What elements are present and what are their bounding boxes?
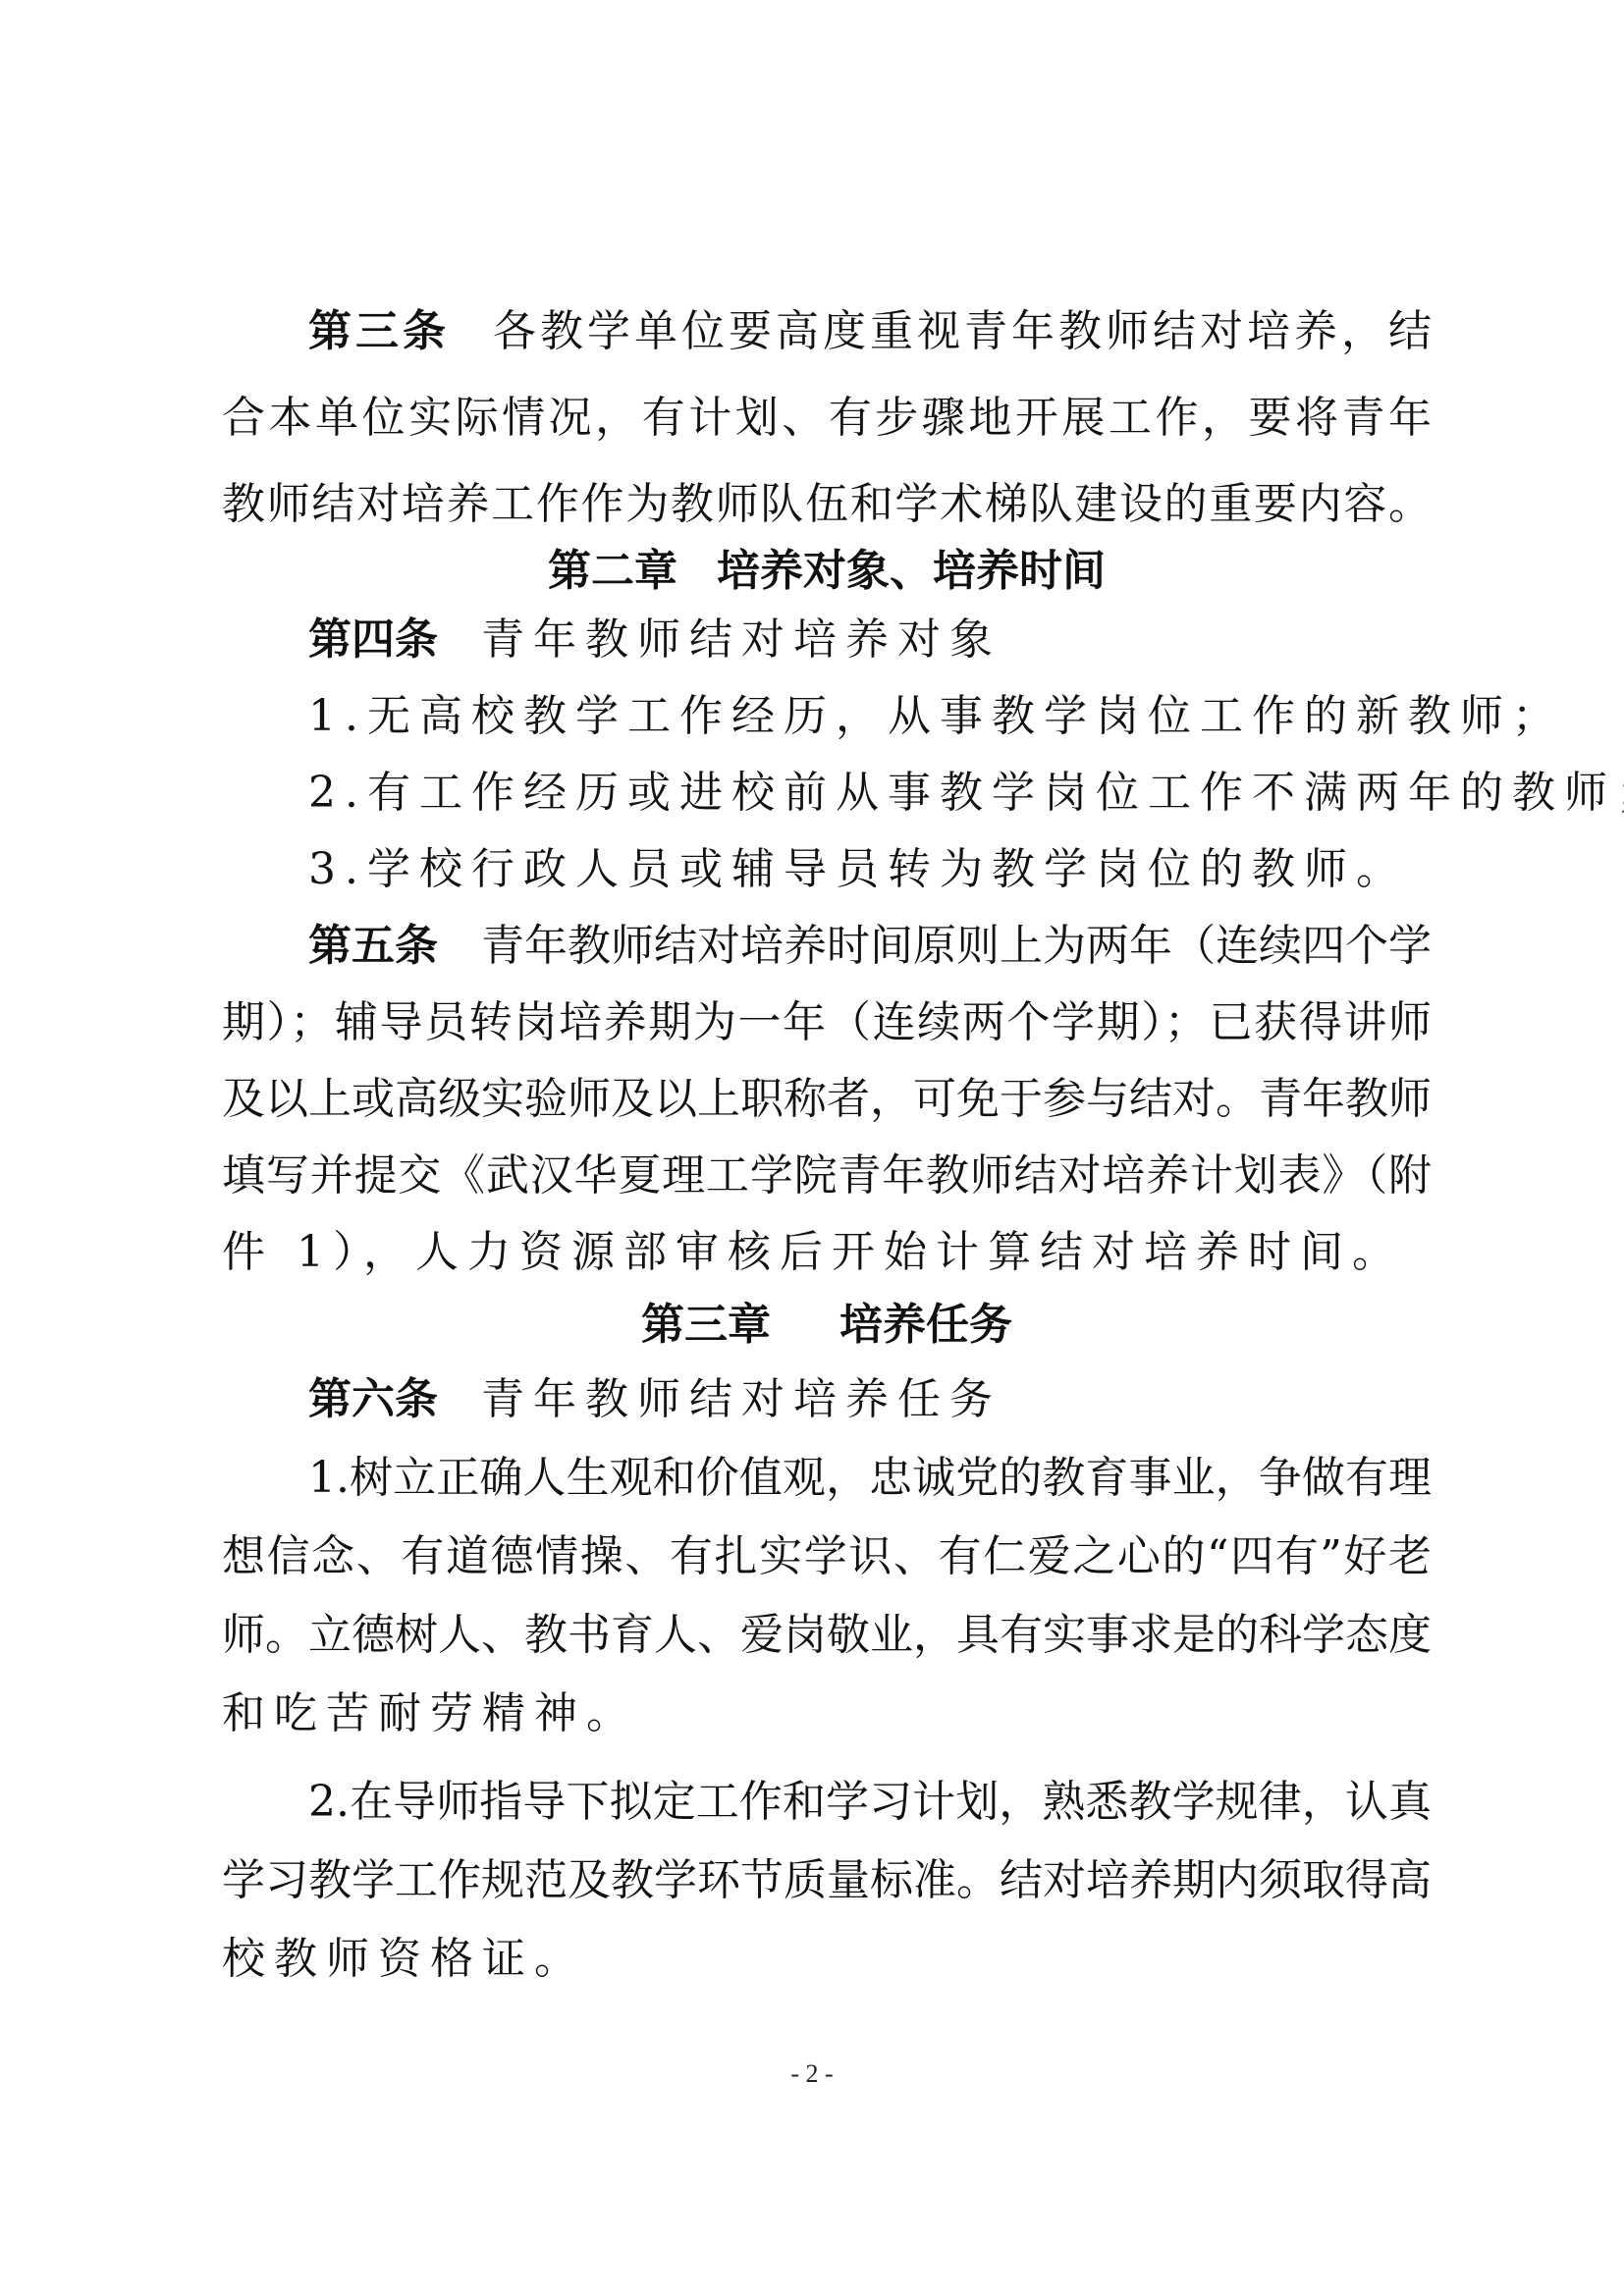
article-5-text: 青年教师结对培养时间原则上为两年（连续四个学 bbox=[481, 921, 1432, 971]
article-4-label: 第四条 bbox=[308, 614, 438, 665]
article-5-line-4: 填写并提交《武汉华夏理工学院青年教师结对培养计划表》（附 bbox=[222, 1147, 1432, 1205]
article-3-line-3: 教师结对培养工作作为教师队伍和学术梯队建设的重要内容。 bbox=[222, 475, 1432, 534]
article-5-line-1: 第五条青年教师结对培养时间原则上为两年（连续四个学 bbox=[222, 917, 1432, 976]
chapter-3-title: 培养任务 bbox=[839, 1300, 1012, 1350]
article-5-line-3: 及以上或高级实验师及以上职称者，可免于参与结对。青年教师 bbox=[222, 1070, 1432, 1129]
article-5-line-5: 件 1），人力资源部审核后开始计算结对培养时间。 bbox=[222, 1223, 1432, 1282]
article-6-title: 青年教师结对培养任务 bbox=[481, 1374, 1001, 1424]
article-4-item-3: 3.学校行政人员或辅导员转为教学岗位的教师。 bbox=[222, 840, 1432, 899]
chapter-2-label: 第二章 bbox=[548, 546, 677, 596]
article-6-item-1-line-4: 和吃苦耐劳精神。 bbox=[222, 1684, 1432, 1743]
article-4-item-1: 1.无高校教学工作经历，从事教学岗位工作的新教师； bbox=[222, 687, 1432, 746]
article-4-title: 青年教师结对培养对象 bbox=[481, 614, 1001, 665]
article-6-label: 第六条 bbox=[308, 1374, 438, 1424]
article-6-item-1-line-2: 想信念、有道德情操、有扎实学识、有仁爱之心的“四有”好老 bbox=[222, 1527, 1432, 1586]
article-5-line-2: 期）；辅导员转岗培养期为一年（连续两个学期）；已获得讲师 bbox=[222, 993, 1432, 1052]
chapter-2-title: 培养对象、培养时间 bbox=[717, 546, 1106, 596]
article-6-item-2-line-3: 校教师资格证。 bbox=[222, 1930, 1432, 1989]
article-6-item-2-line-2: 学习教学工作规范及教学环节质量标准。结对培养期内须取得高 bbox=[222, 1851, 1432, 1910]
article-3-line-2: 合本单位实际情况，有计划、有步骤地开展工作，要将青年 bbox=[222, 389, 1432, 448]
article-4-item-2: 2.有工作经历或进校前从事教学岗位工作不满两年的教师； bbox=[222, 764, 1432, 823]
article-3-line-1: 第三条各教学单位要高度重视青年教师结对培养，结 bbox=[222, 302, 1432, 361]
article-3-label: 第三条 bbox=[308, 306, 450, 356]
chapter-3-heading: 第三章培养任务 bbox=[222, 1296, 1432, 1355]
chapter-2-heading: 第二章培养对象、培养时间 bbox=[222, 542, 1432, 601]
article-6-item-1-line-3: 师。立德树人、教书育人、爱岗敬业，具有实事求是的科学态度 bbox=[222, 1606, 1432, 1665]
article-6-item-1-line-1: 1.树立正确人生观和价值观，忠诚党的教育事业，争做有理 bbox=[222, 1449, 1432, 1508]
article-6-item-2-line-1: 2.在导师指导下拟定工作和学习计划，熟悉教学规律，认真 bbox=[222, 1773, 1432, 1832]
article-3-text: 各教学单位要高度重视青年教师结对培养，结 bbox=[493, 306, 1432, 356]
chapter-3-label: 第三章 bbox=[641, 1300, 771, 1350]
article-5-label: 第五条 bbox=[308, 921, 438, 971]
article-4-heading: 第四条青年教师结对培养对象 bbox=[222, 611, 1432, 669]
page-number: - 2 - bbox=[0, 2059, 1624, 2089]
article-6-heading: 第六条青年教师结对培养任务 bbox=[222, 1370, 1432, 1429]
